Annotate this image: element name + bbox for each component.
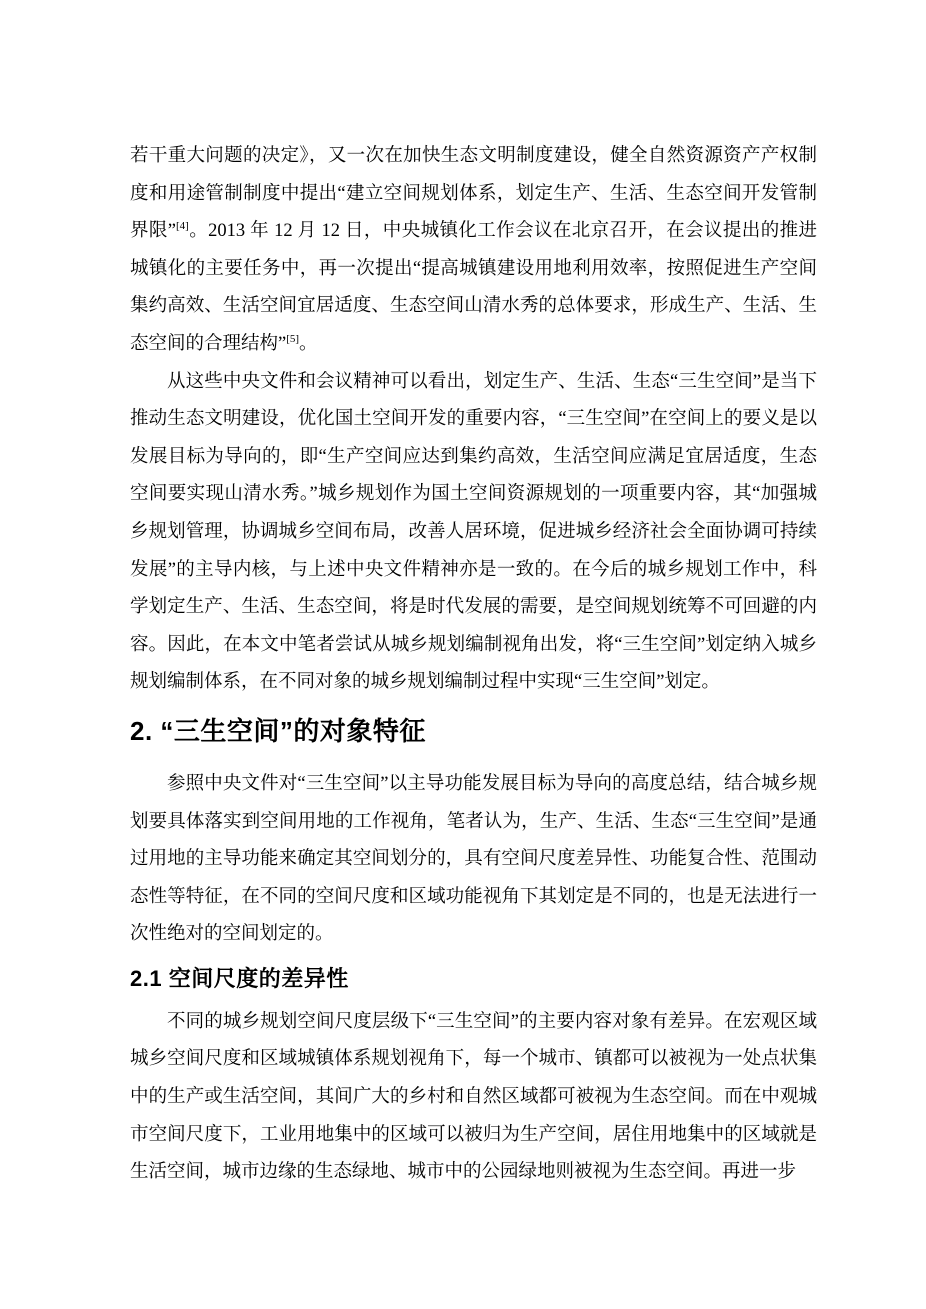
- section-heading-2: 2. “三生空间”的对象特征: [130, 711, 817, 751]
- citation-marker: [4]: [176, 220, 189, 232]
- paragraph-object-characteristics: 参照中央文件对“三生空间”以主导功能发展目标为导向的高度总结，结合城乡规划要具体…: [130, 766, 817, 954]
- text-run: 。: [299, 334, 318, 354]
- text-run: 不同的城乡规划空间尺度层级下“三生空间”的主要内容对象有差异。在宏观区域城乡空间…: [130, 1012, 817, 1182]
- document-page: 若干重大问题的决定》，又一次在加快生态文明制度建设，健全自然资源资产产权制度和用…: [0, 0, 926, 1309]
- citation-marker: [5]: [286, 333, 299, 345]
- text-run: 参照中央文件对“三生空间”以主导功能发展目标为导向的高度总结，结合城乡规划要具体…: [130, 774, 817, 944]
- text-run: 。2013 年 12 月 12 日，中央城镇化工作会议在北京召开，在会议提出的推…: [130, 221, 817, 354]
- paragraph-continuation: 若干重大问题的决定》，又一次在加快生态文明制度建设，健全自然资源资产产权制度和用…: [130, 138, 817, 364]
- document-body: 若干重大问题的决定》，又一次在加快生态文明制度建设，健全自然资源资产产权制度和用…: [130, 138, 817, 1192]
- paragraph-central-documents-summary: 从这些中央文件和会议精神可以看出，划定生产、生活、生态“三生空间”是当下推动生态…: [130, 364, 817, 702]
- subsection-heading-2-1: 2.1 空间尺度的差异性: [130, 962, 817, 996]
- text-run: 从这些中央文件和会议精神可以看出，划定生产、生活、生态“三生空间”是当下推动生态…: [130, 372, 817, 693]
- paragraph-spatial-scale-difference: 不同的城乡规划空间尺度层级下“三生空间”的主要内容对象有差异。在宏观区域城乡空间…: [130, 1004, 817, 1192]
